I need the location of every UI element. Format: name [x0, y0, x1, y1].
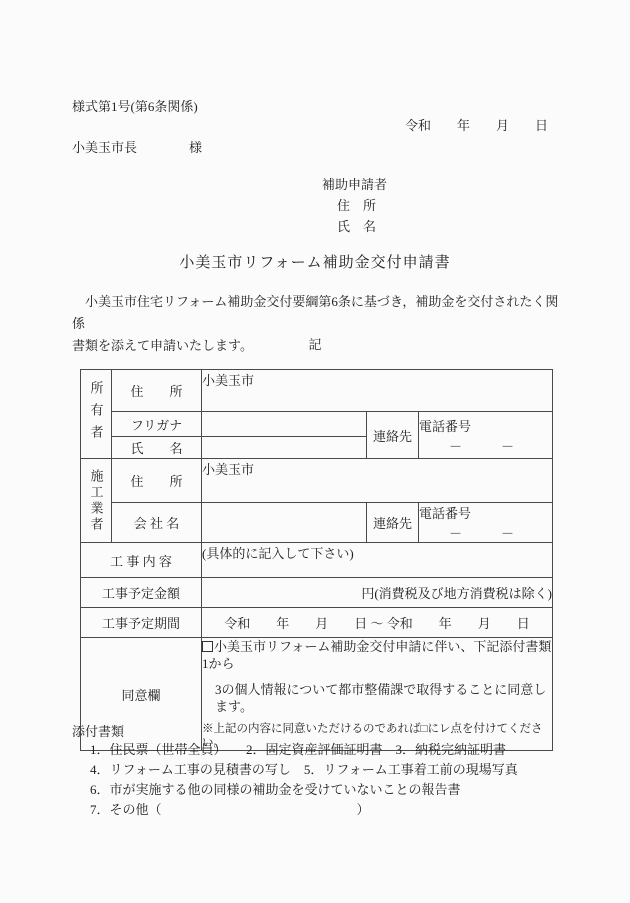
applicant-block: 補助申請者 住 所 氏 名: [322, 174, 387, 237]
attachment-line: 6．市が実施する他の同様の補助金を受けていないことの報告書: [90, 780, 518, 800]
owner-name-field[interactable]: [202, 437, 367, 459]
contractor-phone-label: 電話番号: [419, 503, 552, 522]
applicant-address-label: 住 所: [337, 195, 387, 216]
applicant-label: 補助申請者: [322, 174, 387, 195]
form-number: 様式第1号(第6条関係): [72, 96, 198, 115]
owner-address-label: 住 所: [112, 370, 202, 412]
contractor-company-label: 会 社 名: [112, 503, 202, 543]
application-table: 所有者 住 所 小美玉市 フリガナ 連絡先 電話番号 － － 氏 名 施工業者 …: [80, 369, 553, 751]
work-amount-field[interactable]: 円(消費税及び地方消費税は除く): [202, 578, 553, 608]
attachment-line: 4．リフォーム工事の見積書の写し 5．リフォーム工事着工前の現場写真: [90, 760, 518, 780]
work-period-label: 工事予定期間: [81, 608, 202, 638]
contractor-group-label: 施工業者: [81, 459, 112, 543]
contractor-phone-cell: 電話番号 － －: [419, 503, 553, 543]
body-line-1: 小美玉市住宅リフォーム補助金交付要綱第6条に基づき，補助金を交付されたく関係: [72, 291, 560, 335]
owner-phone-label: 電話番号: [419, 416, 552, 435]
ki-mark: 記: [0, 334, 630, 353]
application-form-page: 様式第1号(第6条関係) 令和 年 月 日 小美玉市長様 補助申請者 住 所 氏…: [0, 0, 630, 903]
work-period-field[interactable]: 令和 年 月 日 ～ 令和 年 月 日: [202, 608, 553, 638]
attachments-heading: 添付書類: [72, 721, 124, 740]
owner-phone-cell: 電話番号 － －: [419, 412, 553, 459]
contractor-address-field[interactable]: 小美玉市: [202, 459, 553, 503]
owner-furigana-field[interactable]: [202, 412, 367, 437]
work-content-field[interactable]: (具体的に記入して下さい): [202, 543, 553, 578]
work-content-label: 工 事 内 容: [81, 543, 202, 578]
owner-group-label: 所有者: [81, 370, 112, 459]
attachment-line: 1．住民票（世帯全員） 2．固定資産評価証明書 3．納税完納証明書: [90, 740, 518, 760]
addressee-name: 小美玉市長: [72, 140, 137, 155]
owner-name-label: 氏 名: [112, 437, 202, 459]
attachment-line: 7．その他（ ）: [90, 800, 518, 820]
consent-line-1-text: 小美玉市リフォーム補助金交付申請に伴い、下記添付書類1から: [202, 639, 551, 671]
consent-line-1: 小美玉市リフォーム補助金交付申請に伴い、下記添付書類1から: [202, 638, 552, 672]
date-line: 令和 年 月 日: [0, 115, 548, 134]
contractor-company-field[interactable]: [202, 503, 367, 543]
attachments-list: 1．住民票（世帯全員） 2．固定資産評価証明書 3．納税完納証明書 4．リフォー…: [90, 740, 518, 820]
addressee-line: 小美玉市長様: [72, 137, 202, 156]
document-title: 小美玉市リフォーム補助金交付申請書: [0, 251, 630, 272]
consent-checkbox[interactable]: [202, 641, 213, 652]
applicant-name-label: 氏 名: [337, 216, 387, 237]
owner-furigana-label: フリガナ: [112, 412, 202, 437]
contractor-contact-label: 連絡先: [367, 503, 419, 543]
contractor-phone-field[interactable]: － －: [419, 523, 552, 542]
owner-contact-label: 連絡先: [367, 412, 419, 459]
owner-phone-field[interactable]: － －: [419, 436, 552, 455]
owner-address-field[interactable]: 小美玉市: [202, 370, 553, 412]
consent-line-2: 3の個人情報について都市整備課で取得することに同意します。: [202, 681, 552, 715]
consent-cell: 小美玉市リフォーム補助金交付申請に伴い、下記添付書類1から 3の個人情報について…: [202, 638, 553, 751]
work-amount-label: 工事予定金額: [81, 578, 202, 608]
addressee-honorific: 様: [189, 140, 202, 155]
contractor-address-label: 住 所: [112, 459, 202, 503]
